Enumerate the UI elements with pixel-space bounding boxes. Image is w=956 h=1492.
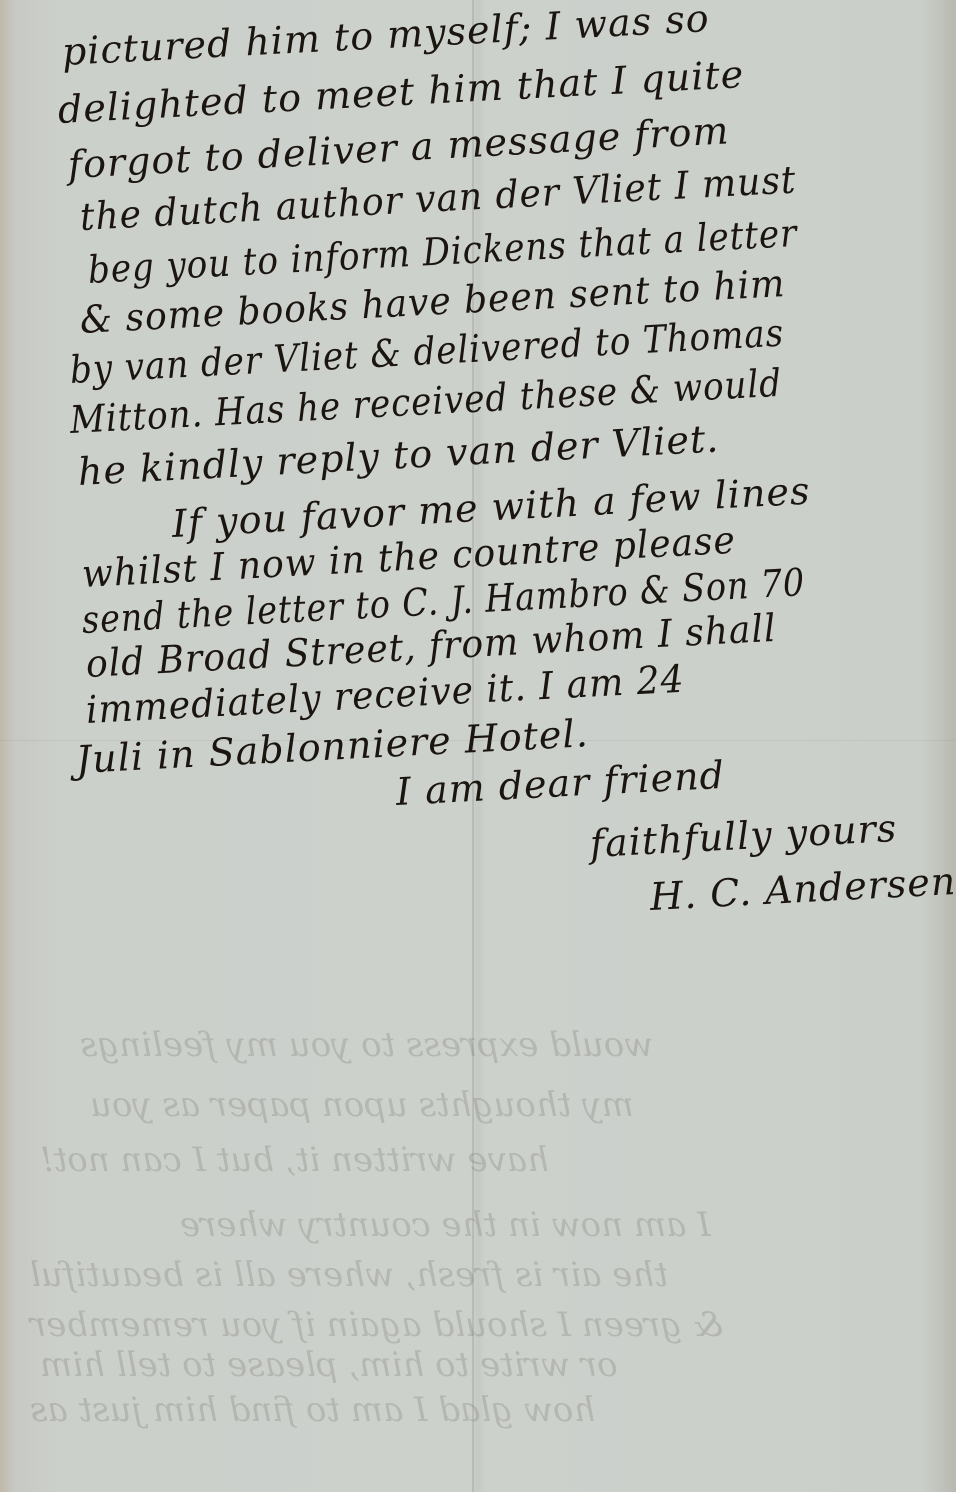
letter-page: would express to you my feelings my thou…	[0, 0, 956, 1492]
bleed-through-line: have written it, but I can not!	[40, 1140, 549, 1180]
signature: H. C. Andersen	[649, 859, 956, 919]
bleed-through-line: & green I should again if you remember	[30, 1305, 723, 1345]
bleed-through-line: the air is fresh, where all is beautiful	[30, 1255, 668, 1295]
bleed-through-line: would express to you my feelings	[80, 1025, 653, 1065]
bleed-through-line: how glad I am to find him just as	[30, 1390, 595, 1430]
bleed-through-line: or write to him, please to tell him	[40, 1345, 618, 1385]
bleed-through-line: I am now in the country where	[180, 1205, 711, 1245]
closing-line: faithfully yours	[589, 806, 898, 866]
bleed-through-line: my thoughts upon paper as you	[90, 1085, 634, 1125]
